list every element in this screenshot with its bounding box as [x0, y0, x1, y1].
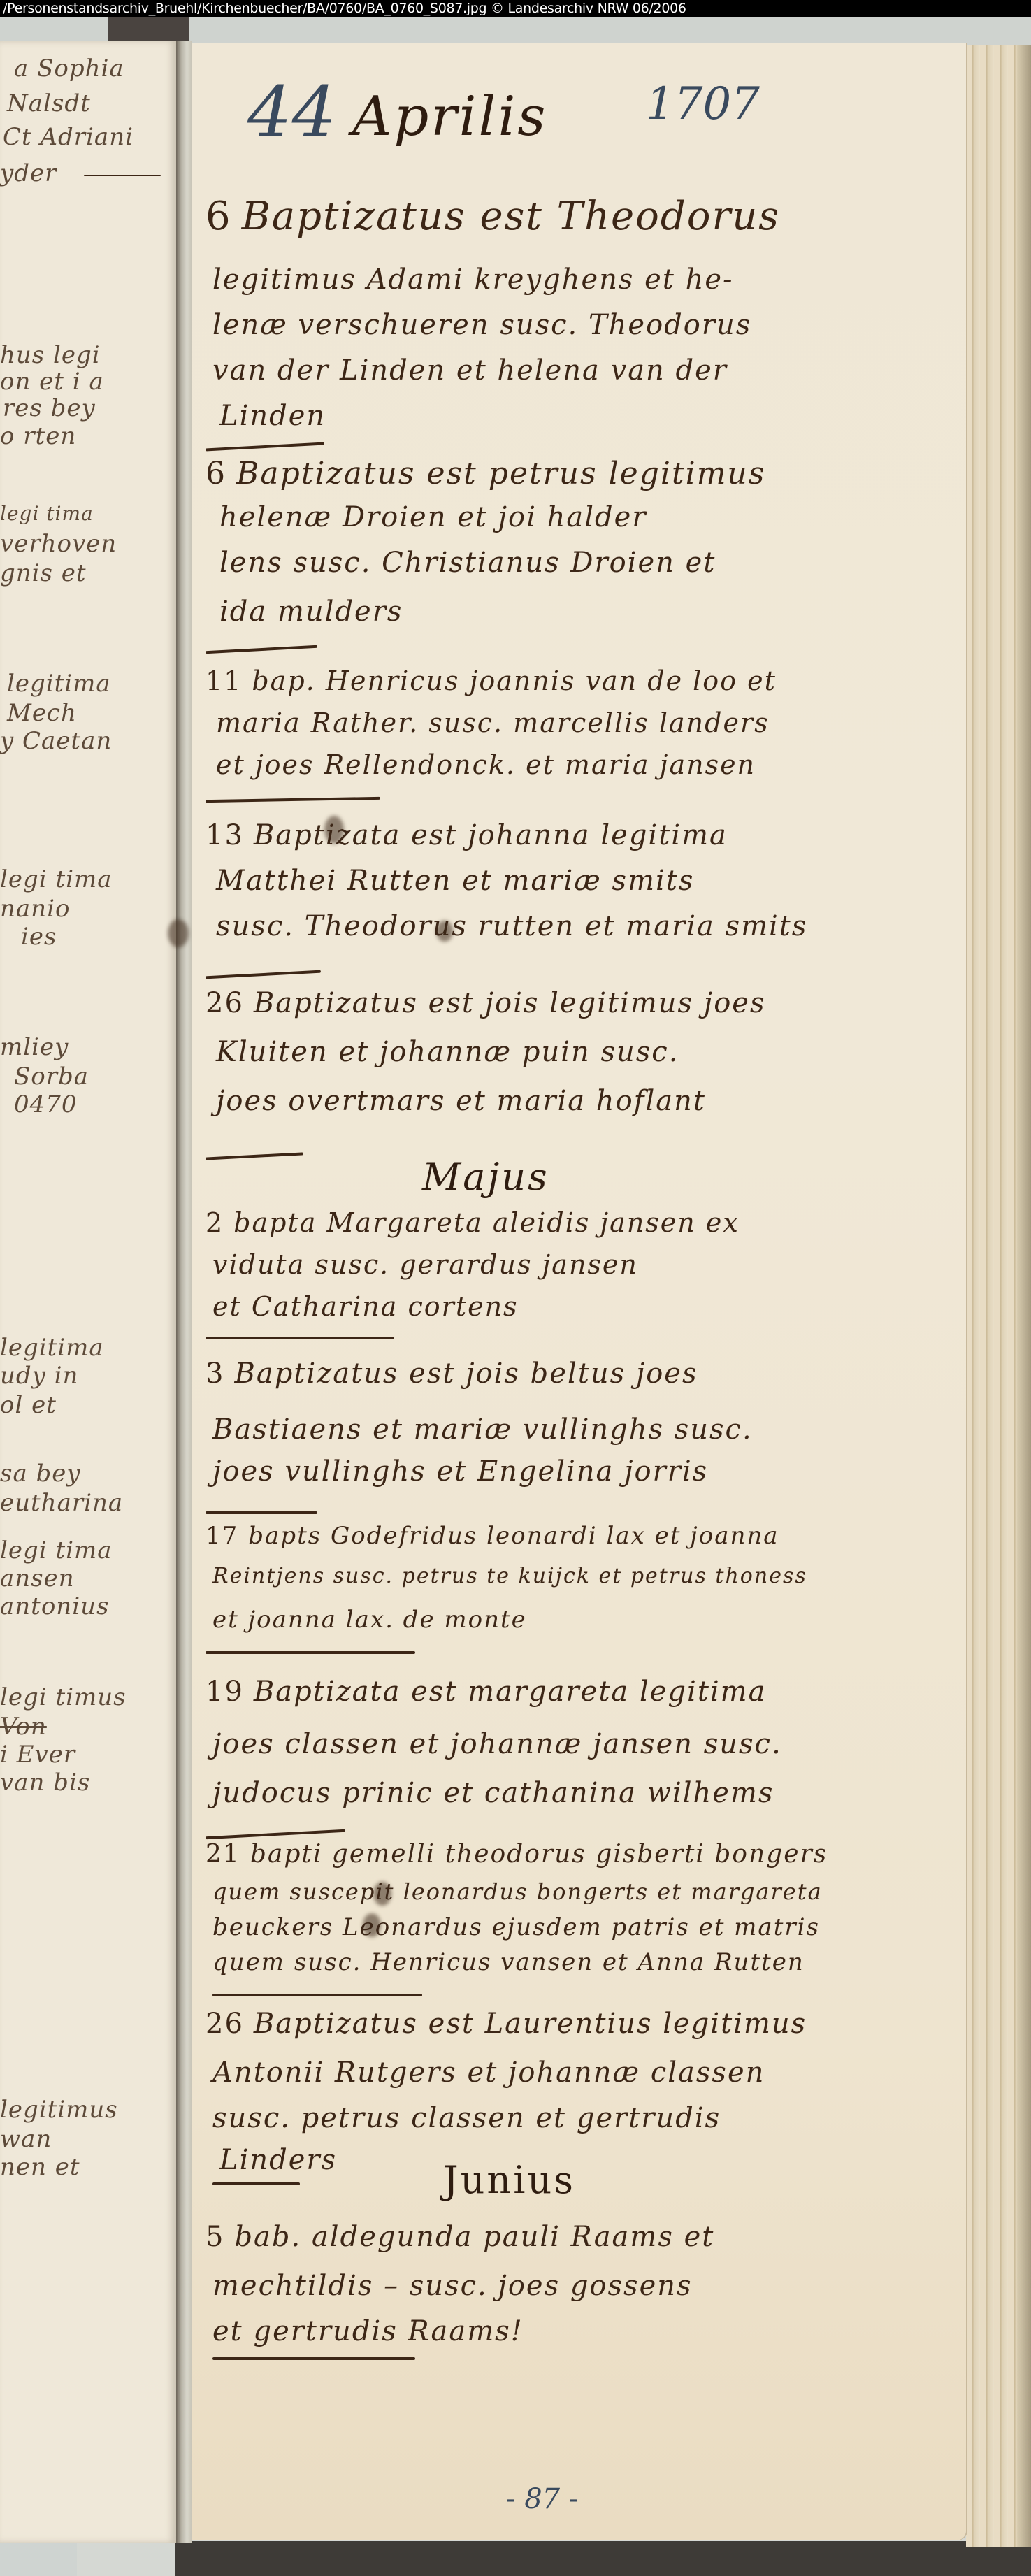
left-fragment: o rten: [0, 422, 76, 450]
entry-26b-line-1: 26Baptizatus est Laurentius legitimus: [206, 2008, 807, 2040]
entry-6b-line-3: lens susc. Christianus Droien et: [219, 547, 716, 579]
entry-21-line-2: quem suscepit leonardus bongerts et marg…: [212, 1878, 823, 1905]
entry-divider: [212, 1994, 422, 1996]
year: 1707: [646, 78, 760, 130]
left-fragment: Ct Adriani: [3, 123, 134, 151]
entry-26b-line-4: Linders: [219, 2144, 337, 2176]
left-fragment: verhoven: [0, 530, 117, 558]
entry-13-line-3: susc. Theodorus rutten et maria smits: [216, 910, 807, 942]
entry-5-line-3: et gertrudis Raams!: [212, 2315, 524, 2347]
left-fragment: gnis et: [0, 559, 87, 587]
entry-6a-line-3: lenæ verschueren susc. Theodorus: [212, 309, 751, 341]
entry-19-line-2: joes classen et johannæ jansen susc.: [212, 1728, 782, 1760]
entry-26a-line-1: 26Baptizatus est jois legitimus joes: [206, 987, 765, 1019]
entry-21-line-3: beuckers Leonardus ejusdem patris et mat…: [212, 1913, 820, 1941]
left-fragment: i Ever: [0, 1741, 75, 1769]
entry-26a-line-3: joes overtmars et maria hoflant: [216, 1085, 706, 1117]
entry-divider: [212, 2182, 300, 2185]
left-fragment: legi tima: [0, 502, 94, 525]
entry-11-line-2: maria Rather. susc. marcellis landers: [216, 707, 770, 738]
ink-blot: [168, 919, 189, 947]
left-fragment: antonius: [0, 1592, 109, 1620]
left-fragment: van bis: [0, 1769, 90, 1797]
entry-6b-line-4: ida mulders: [219, 596, 403, 628]
left-fragment: udy in: [0, 1362, 78, 1390]
left-fragment: legitima: [7, 670, 111, 698]
ink-blot: [373, 1882, 391, 1906]
register-page: 44 Aprilis 1707 6Baptizatus est Theodoru…: [192, 43, 966, 2540]
scanner-table-bottom: [0, 2543, 77, 2576]
entry-3-line-1: 3Baptizatus est jois beltus joes: [206, 1358, 698, 1390]
left-fragment: ies: [21, 923, 57, 951]
book-cover-bottom: [175, 2541, 1031, 2576]
left-fragment: nanio: [0, 895, 70, 923]
entry-26b-line-2: Antonii Rutgers et johannæ classen: [212, 2057, 765, 2089]
entry-2-line-2: viduta susc. gerardus jansen: [212, 1249, 638, 1280]
month-heading-april: Aprilis: [352, 85, 547, 148]
entry-6a-line-1: 6Baptizatus est Theodorus: [206, 194, 780, 239]
entry-6b-line-2: helenæ Droien et joi halder: [219, 501, 647, 533]
left-fragment: nen et: [0, 2153, 80, 2181]
entry-21-line-1: 21bapti gemelli theodorus gisberti bonge…: [206, 1840, 828, 1869]
left-fragment: 0470: [14, 1091, 78, 1118]
left-fragment: legi tima: [0, 865, 113, 893]
entry-13-line-1: 13Baptizata est johanna legitima: [206, 819, 728, 851]
ink-blot: [363, 1913, 381, 1937]
left-fragment: y Caetan: [0, 727, 112, 755]
entry-26b-line-3: susc. petrus classen et gertrudis: [212, 2102, 721, 2134]
left-page: a Sophia Nalsdt Ct Adriani yder hus legi…: [0, 41, 176, 2543]
left-fragment: eutharina: [0, 1489, 123, 1517]
entry-divider: [206, 970, 321, 979]
entry-5-line-2: mechtildis – susc. joes gossens: [212, 2270, 693, 2302]
archive-caption-bar: /Personenstandsarchiv_Bruehl/Kirchenbuec…: [0, 0, 1031, 17]
left-fragment: wan: [0, 2125, 52, 2153]
entry-17-line-1: 17bapts Godefridus leonardi lax et joann…: [206, 1522, 779, 1550]
entry-19-line-3: judocus prinic et cathanina wilhems: [212, 1777, 774, 1809]
entry-day: 6: [206, 194, 232, 239]
entry-11-line-1: 11bap. Henricus joannis van de loo et: [206, 665, 777, 696]
entry-divider: [206, 1511, 317, 1514]
entry-11-line-3: et joes Rellendonck. et maria jansen: [216, 749, 756, 780]
entry-divider: [206, 645, 317, 654]
entry-2-line-3: et Catharina cortens: [212, 1291, 519, 1322]
entry-3-line-2: Bastiaens et mariæ vullinghs susc.: [212, 1413, 753, 1446]
entry-17-line-2: Reintjens susc. petrus te kuijck et petr…: [212, 1564, 807, 1588]
entry-6a-line-2: legitimus Adami kreyghens et he-: [212, 264, 734, 296]
left-fragment: on et i a: [0, 368, 104, 396]
left-fragment: hus legi: [0, 341, 101, 369]
entry-divider: [206, 1651, 415, 1654]
left-fragment: ansen: [0, 1564, 75, 1592]
left-rule: [84, 175, 161, 176]
left-fragment: res bey: [3, 394, 96, 422]
book-gutter: [176, 41, 192, 2543]
left-fragment: ol et: [0, 1391, 57, 1419]
ink-blot: [436, 921, 453, 942]
left-fragment: Mech: [7, 699, 77, 727]
entry-21-line-4: quem susc. Henricus vansen et Anna Rutte…: [212, 1948, 805, 1976]
left-fragment: legi timus: [0, 1683, 127, 1711]
left-fragment: mliey: [0, 1033, 69, 1061]
entry-6a-line-5: Linden: [219, 400, 326, 432]
entry-divider: [206, 797, 380, 803]
book-fore-edge: [1017, 45, 1031, 2547]
entry-19-line-1: 19Baptizata est margareta legitima: [206, 1676, 766, 1708]
entry-divider: [206, 1152, 303, 1160]
entry-26a-line-2: Kluiten et johannæ puin susc.: [216, 1036, 679, 1068]
left-fragment: a Sophia: [14, 55, 124, 82]
page-number: - 87 -: [506, 2483, 578, 2515]
left-fragment: Von: [0, 1713, 47, 1741]
left-fragment: sa bey: [0, 1460, 81, 1488]
entry-13-line-2: Matthei Rutten et mariæ smits: [216, 865, 694, 897]
entry-divider: [206, 442, 324, 452]
left-fragment: Sorba: [14, 1063, 89, 1091]
entry-17-line-3: et joanna lax. de monte: [212, 1606, 527, 1634]
month-heading-may: Majus: [422, 1155, 549, 1199]
entry-3-line-3: joes vullinghs et Engelina jorris: [212, 1455, 708, 1488]
month-heading-june: Junius: [443, 2158, 575, 2202]
left-fragment: legitimus: [0, 2096, 118, 2124]
folio-number: 44: [247, 71, 336, 153]
left-fragment: Nalsdt: [7, 89, 91, 117]
entry-divider: [212, 2357, 415, 2360]
left-fragment: yder: [0, 159, 57, 187]
entry-divider: [206, 1337, 394, 1339]
left-fragment: legi tima: [0, 1537, 113, 1564]
entry-6b-line-1: 6Baptizatus est petrus legitimus: [206, 456, 765, 491]
entry-5-line-1: 5bab. aldegunda pauli Raams et: [206, 2221, 714, 2253]
entry-6a-line-4: van der Linden et helena van der: [212, 354, 728, 387]
entry-divider: [206, 1829, 345, 1839]
entry-2-line-1: 2bapta Margareta aleidis jansen ex: [206, 1207, 740, 1238]
left-fragment: legitima: [0, 1334, 104, 1362]
